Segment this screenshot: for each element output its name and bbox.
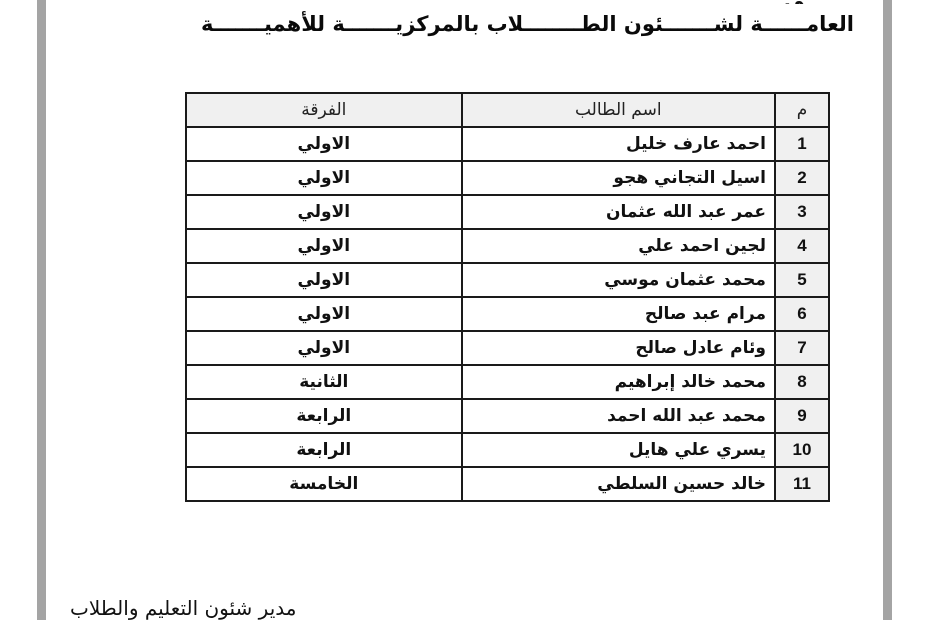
student-grade: الاولي	[186, 195, 462, 229]
table-row: 9 محمد عبد الله احمد الرابعة	[186, 399, 829, 433]
student-name: يسري علي هايل	[462, 433, 775, 467]
header-num: م	[775, 93, 829, 127]
row-number: 9	[775, 399, 829, 433]
table-row: 10 يسري علي هايل الرابعة	[186, 433, 829, 467]
page-border-left	[37, 0, 46, 620]
row-number: 6	[775, 297, 829, 331]
cropped-heading-line: ـــــــي ـــــــــ ـــــــ	[62, 0, 852, 4]
header-student-name: اسم الطالب	[462, 93, 775, 127]
row-number: 5	[775, 263, 829, 297]
row-number: 11	[775, 467, 829, 501]
row-number: 4	[775, 229, 829, 263]
row-number: 7	[775, 331, 829, 365]
student-name: لجين احمد علي	[462, 229, 775, 263]
student-grade: الاولي	[186, 331, 462, 365]
table-row: 7 وئام عادل صالح الاولي	[186, 331, 829, 365]
student-name: احمد عارف خليل	[462, 127, 775, 161]
footer-signature-title: مدير شئون التعليم والطلاب	[70, 596, 296, 620]
row-number: 8	[775, 365, 829, 399]
student-name: محمد عبد الله احمد	[462, 399, 775, 433]
student-name: اسيل التجاني هجو	[462, 161, 775, 195]
table-row: 6 مرام عبد صالح الاولي	[186, 297, 829, 331]
student-name: خالد حسين السلطي	[462, 467, 775, 501]
student-name: محمد عثمان موسي	[462, 263, 775, 297]
page-border-right	[883, 0, 892, 620]
student-grade: الثانية	[186, 365, 462, 399]
student-grade: الرابعة	[186, 399, 462, 433]
table-header-row: م اسم الطالب الفرقة	[186, 93, 829, 127]
row-number: 3	[775, 195, 829, 229]
student-name: عمر عبد الله عثمان	[462, 195, 775, 229]
table-row: 4 لجين احمد علي الاولي	[186, 229, 829, 263]
table-row: 3 عمر عبد الله عثمان الاولي	[186, 195, 829, 229]
student-grade: الاولي	[186, 127, 462, 161]
table-row: 5 محمد عثمان موسي الاولي	[186, 263, 829, 297]
row-number: 10	[775, 433, 829, 467]
student-name: مرام عبد صالح	[462, 297, 775, 331]
table-row: 1 احمد عارف خليل الاولي	[186, 127, 829, 161]
document-title: العامــــــة لشـــــــئون الطــــــــلاب…	[64, 8, 854, 40]
table-row: 2 اسيل التجاني هجو الاولي	[186, 161, 829, 195]
student-name: وئام عادل صالح	[462, 331, 775, 365]
student-grade: الرابعة	[186, 433, 462, 467]
student-grade: الاولي	[186, 297, 462, 331]
student-grade: الاولي	[186, 229, 462, 263]
table-row: 8 محمد خالد إبراهيم الثانية	[186, 365, 829, 399]
row-number: 2	[775, 161, 829, 195]
student-grade: الخامسة	[186, 467, 462, 501]
header-grade: الفرقة	[186, 93, 462, 127]
students-table: م اسم الطالب الفرقة 1 احمد عارف خليل الا…	[185, 92, 830, 502]
table-row: 11 خالد حسين السلطي الخامسة	[186, 467, 829, 501]
student-name: محمد خالد إبراهيم	[462, 365, 775, 399]
row-number: 1	[775, 127, 829, 161]
student-grade: الاولي	[186, 161, 462, 195]
student-grade: الاولي	[186, 263, 462, 297]
